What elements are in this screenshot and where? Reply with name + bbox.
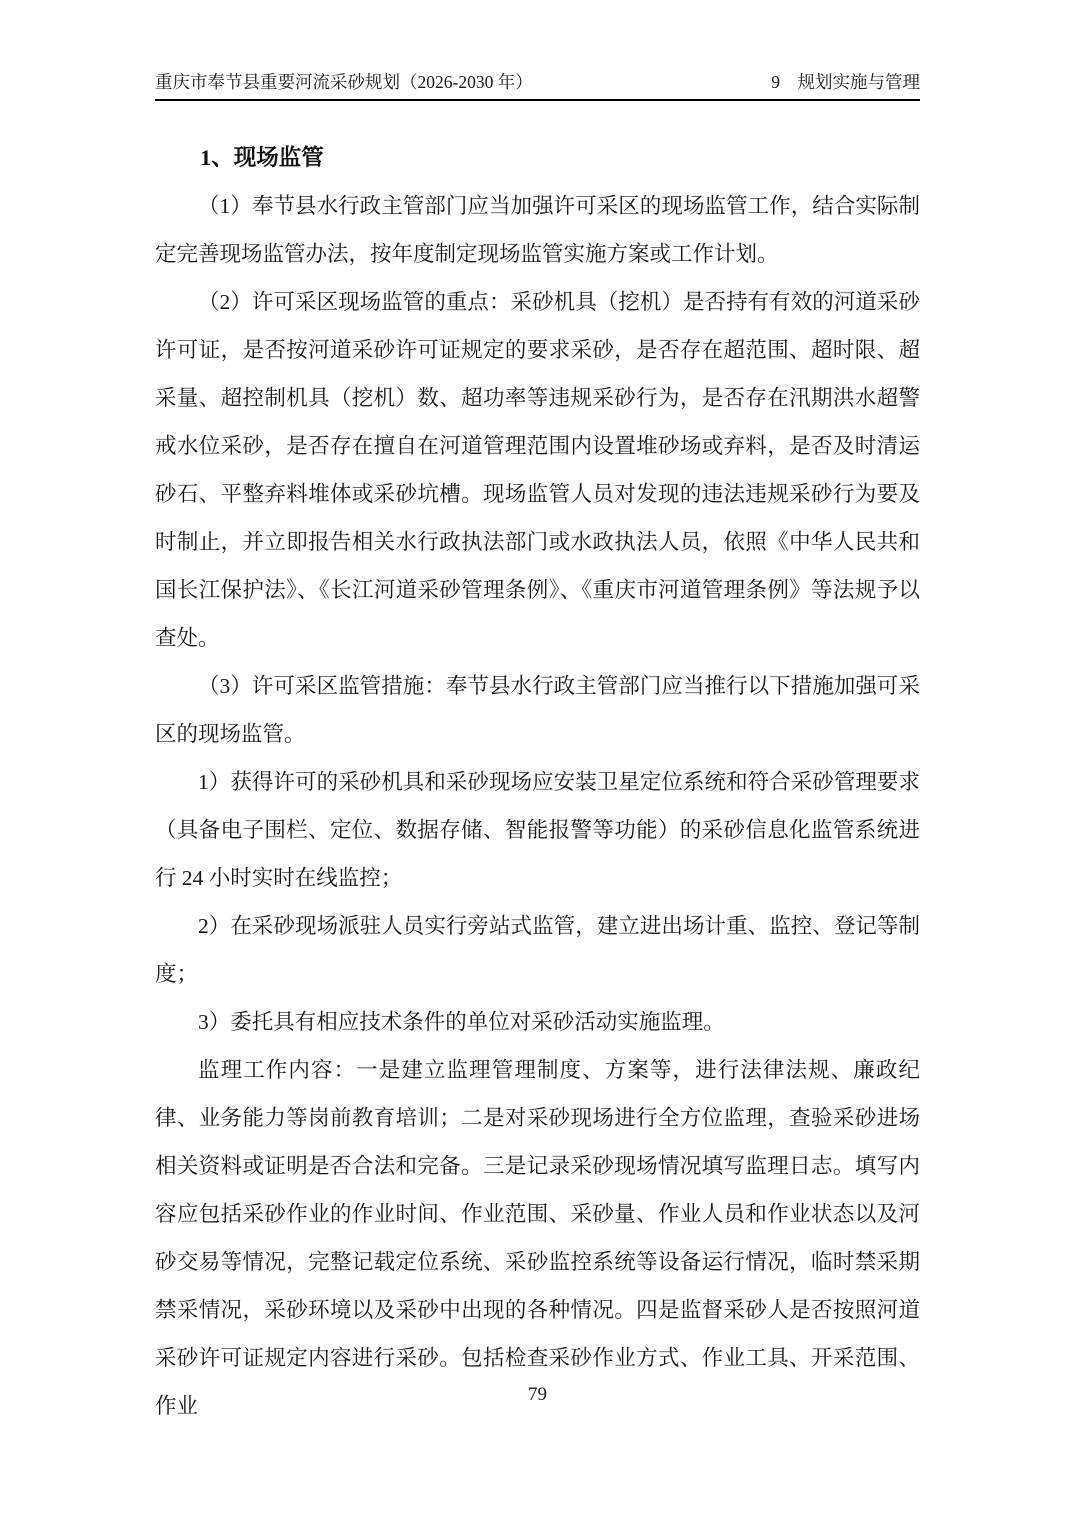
header-chapter-title: 9 规划实施与管理 [771, 72, 920, 93]
page-footer: 79 [155, 1384, 920, 1406]
paragraph-6: 3）委托具有相应技术条件的单位对采砂活动实施监理。 [155, 998, 920, 1046]
paragraph-1: （1）奉节县水行政主管部门应当加强许可采区的现场监管工作，结合实际制定完善现场监… [155, 182, 920, 278]
paragraph-3: （3）许可采区监管措施：奉节县水行政主管部门应当推行以下措施加强可采区的现场监管… [155, 662, 920, 758]
header-document-title: 重庆市奉节县重要河流采砂规划（2026-2030 年） [155, 72, 533, 93]
page-header: 重庆市奉节县重要河流采砂规划（2026-2030 年） 9 规划实施与管理 [155, 72, 920, 101]
document-body: 1、现场监管 （1）奉节县水行政主管部门应当加强许可采区的现场监管工作，结合实际… [155, 134, 920, 1430]
page-number: 79 [528, 1384, 547, 1405]
document-page: 重庆市奉节县重要河流采砂规划（2026-2030 年） 9 规划实施与管理 1、… [0, 0, 1074, 1520]
paragraph-4: 1）获得许可的采砂机具和采砂现场应安装卫星定位系统和符合采砂管理要求（具备电子围… [155, 758, 920, 902]
paragraph-5: 2）在采砂现场派驻人员实行旁站式监管，建立进出场计重、监控、登记等制度； [155, 902, 920, 998]
paragraph-2: （2）许可采区现场监管的重点：采砂机具（挖机）是否持有有效的河道采砂许可证，是否… [155, 278, 920, 662]
section-heading: 1、现场监管 [155, 134, 920, 182]
paragraph-7: 监理工作内容：一是建立监理管理制度、方案等，进行法律法规、廉政纪律、业务能力等岗… [155, 1046, 920, 1430]
